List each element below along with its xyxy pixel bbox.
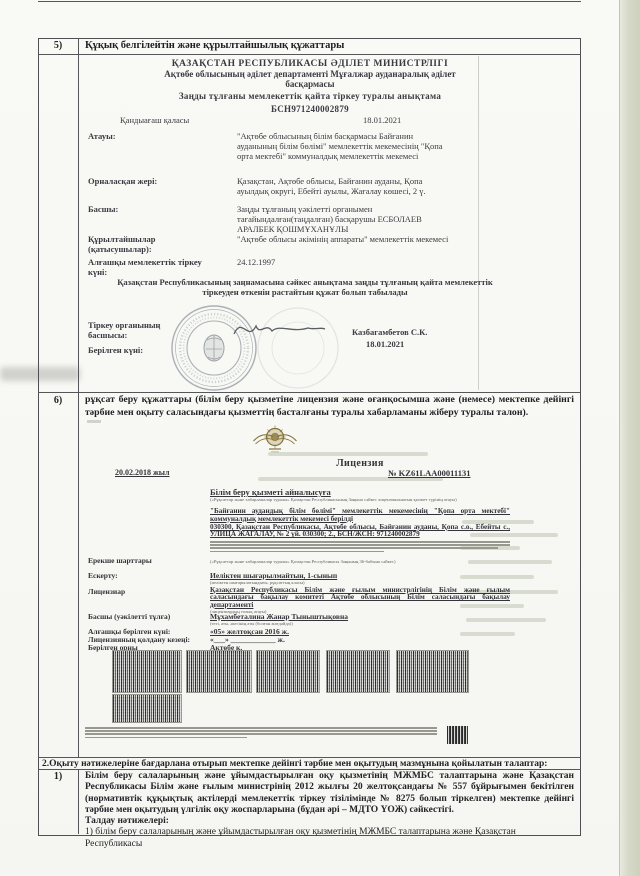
ghost-text-artifact bbox=[460, 575, 534, 579]
cert-issued-label: Берілген күні: bbox=[88, 345, 143, 355]
row1-content: Білім беру салаларының және ұйымдастырыл… bbox=[85, 771, 574, 850]
row1-para1: Білім беру салаларының және ұйымдастырыл… bbox=[85, 771, 574, 816]
redacted-block bbox=[186, 650, 252, 693]
section2-title: 2.Оқыту нәтижелеріне бағдарлана отырып м… bbox=[42, 759, 577, 769]
number-column-divider bbox=[78, 38, 79, 392]
ghost-text-artifact bbox=[268, 452, 428, 456]
license-head-value: Мұхамбеталина Жанар Тыныштықовна bbox=[210, 612, 348, 621]
cert-bin: БСН971240002879 bbox=[100, 104, 520, 114]
row6-number: 6) bbox=[38, 395, 78, 406]
license-head-caption: (тегі, аты, әкесінің аты (болған жағдайд… bbox=[210, 621, 510, 626]
cert-field-value: "Ақтөбе облысының білім басқармасы Байға… bbox=[237, 131, 452, 161]
row5-title: Құқық белгілейтін және құрылтайшылық құж… bbox=[85, 40, 565, 51]
fine-print-illegible bbox=[210, 541, 510, 554]
ghost-text-artifact bbox=[460, 632, 515, 636]
license-note-value: Иеліктен шығарылмайтын, 1-сынып bbox=[210, 571, 337, 580]
row6-title: рұқсат беру құжаттары (білім беру қызмет… bbox=[85, 394, 574, 419]
page-edge-strip bbox=[619, 0, 640, 876]
cert-field-value: Заңды тұлғаның уәкілетті органымен тағай… bbox=[237, 204, 452, 234]
license-note-caption: (иеліктен шығарылатындығы, рұқсаттың кла… bbox=[210, 580, 510, 585]
license-address: 030300, Қазақстан Республикасы, Ақтөбе о… bbox=[210, 524, 510, 538]
redacted-block bbox=[112, 694, 182, 723]
cert-field-label: Құрылтайшылар (қатысушылар): bbox=[88, 234, 208, 254]
qr-code bbox=[447, 726, 468, 744]
row-divider bbox=[38, 54, 581, 55]
row1-para3: 1) білім беру салаларының және ұйымдасты… bbox=[85, 827, 574, 850]
cert-field-label: Басшы: bbox=[88, 204, 228, 214]
license-note-label: Ескерту: bbox=[88, 571, 118, 580]
redacted-block bbox=[112, 650, 182, 693]
license-special-label: Ерекше шарттары bbox=[88, 556, 152, 565]
scanned-document-page: 5) Құқық белгілейтін және құрылтайшылық … bbox=[0, 0, 640, 876]
license-grantee: "Байғанин аудандық білім бөлімі" мемлеке… bbox=[210, 508, 510, 523]
round-stamp-and-signature bbox=[162, 302, 344, 394]
row-divider bbox=[38, 769, 581, 770]
license-licensor-value: Қазақстан Республикасы Білім және ғылым … bbox=[210, 587, 510, 609]
cert-issue-date: 18.01.2021 bbox=[366, 339, 404, 349]
cert-ministry: ҚАЗАҚСТАН РЕСПУБЛИКАСЫ ӘДІЛЕТ МИНИСТРЛІГ… bbox=[100, 59, 520, 69]
number-column-divider bbox=[78, 769, 79, 834]
cert-department: Ақтөбе облысының әділет департаменті Мұғ… bbox=[145, 70, 475, 89]
row5-number: 5) bbox=[38, 40, 78, 51]
cert-field-value: 24.12.1997 bbox=[237, 257, 452, 267]
cert-field-value: "Ақтөбе облысы әкімінің аппараты" мемлек… bbox=[237, 234, 452, 244]
cert-field-label: Атауы: bbox=[88, 131, 228, 141]
redacted-block bbox=[326, 650, 390, 693]
redacted-block bbox=[396, 650, 469, 693]
cert-field-label: Алғашқы мемлекеттік тіркеу күні: bbox=[88, 257, 208, 277]
scan-mark-artifact bbox=[87, 420, 101, 423]
number-column-divider bbox=[78, 392, 79, 757]
license-date: 20.02.2018 жыл bbox=[115, 468, 170, 477]
cert-statement: Қазақстан Республикасының заңнамасына сә… bbox=[105, 278, 505, 298]
cert-date: 18.01.2021 bbox=[363, 115, 401, 125]
fine-print-illegible bbox=[85, 727, 437, 740]
license-activity-note: («Рұқсаттар және хабарламалар туралы» Қа… bbox=[210, 497, 510, 502]
row1-para2: Талдау нәтижелері: bbox=[85, 816, 574, 827]
redacted-block bbox=[256, 650, 320, 693]
row1-number: 1) bbox=[38, 771, 78, 782]
license-number: № KZ61LAA00011131 bbox=[388, 468, 470, 478]
cert-field-value: Қазақстан, Ақтөбе облысы, Байғанин аудан… bbox=[237, 176, 452, 196]
previous-row-border-artifact bbox=[38, 1, 581, 2]
license-special-note: («Рұқсаттар және хабарламалар туралы» Қа… bbox=[210, 559, 510, 564]
kazakhstan-emblem-icon bbox=[252, 424, 298, 454]
cert-city: Қандыағаш қаласы bbox=[120, 115, 189, 125]
license-activity: Білім беру қызметі айналысуға bbox=[210, 487, 331, 497]
cert-doc-title: Заңды тұлғаны мемлекеттік қайта тіркеу т… bbox=[100, 91, 520, 101]
cert-registrar-name: Казбагамбетов С.К. bbox=[352, 327, 427, 337]
license-head-label: Басшы (уәкілетті тұлға) bbox=[88, 612, 208, 621]
cert-field-label: Орналасқан жері: bbox=[88, 176, 228, 186]
license-licensor-label: Лицензиар bbox=[88, 587, 125, 596]
